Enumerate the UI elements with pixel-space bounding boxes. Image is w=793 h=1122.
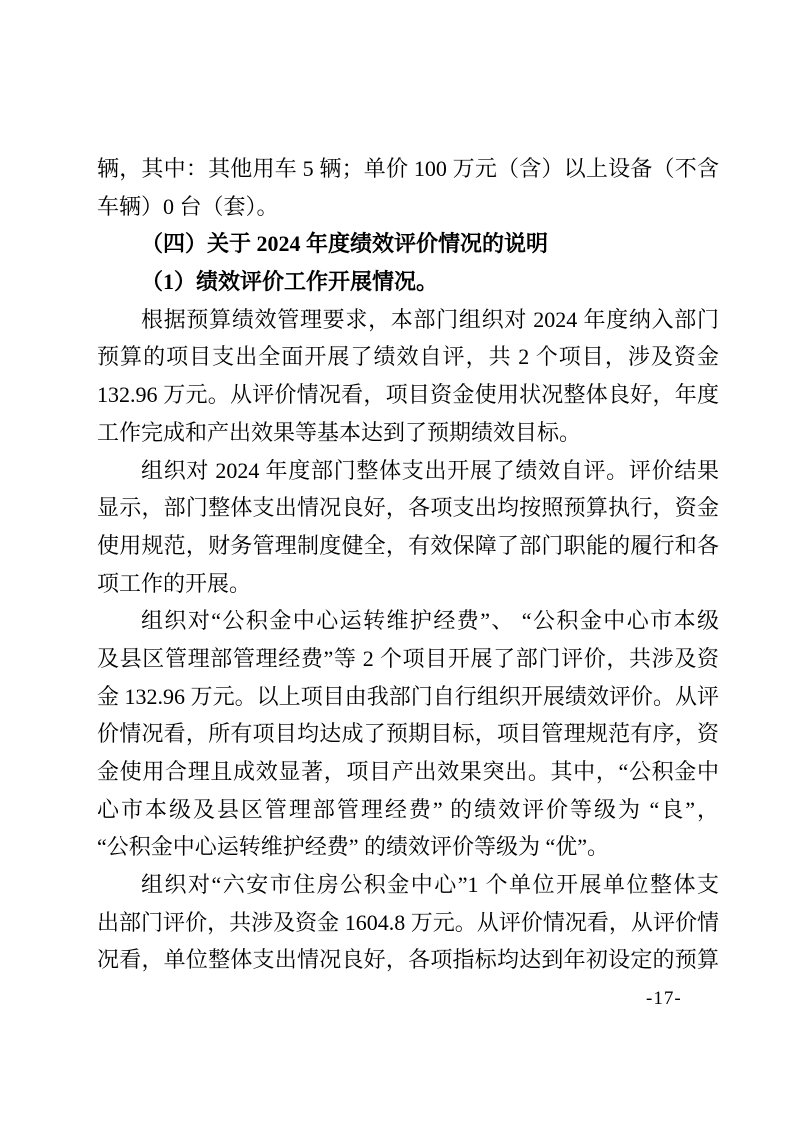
text-line: 及县区管理部管理经费”等 2 个项目开展了部门评价，共涉及资 <box>97 640 719 678</box>
text-line: 价情况看，所有项目均达成了预期目标，项目管理规范有序，资 <box>97 715 719 753</box>
paragraph: 组织对“六安市住房公积金中心”1 个单位开展单位整体支 出部门评价，共涉及资金 … <box>97 866 719 979</box>
paragraph-continuation: 辆，其中：其他用车 5 辆；单价 100 万元（含）以上设备（不含 车辆）0 台… <box>97 150 719 225</box>
text-line: 预算的项目支出全面开展了绩效自评，共 2 个项目，涉及资金 <box>97 338 719 376</box>
text-line: 工作完成和产出效果等基本达到了预期绩效目标。 <box>97 414 719 452</box>
text-line: 组织对“公积金中心运转维护经费”、 “公积金中心市本级 <box>97 602 719 640</box>
text-line: 组织对 2024 年度部门整体支出开展了绩效自评。评价结果 <box>97 452 719 490</box>
text-line: 组织对“六安市住房公积金中心”1 个单位开展单位整体支 <box>97 866 719 904</box>
text-line: 车辆）0 台（套）。 <box>97 188 719 226</box>
text-line: 根据预算绩效管理要求，本部门组织对 2024 年度纳入部门 <box>97 301 719 339</box>
text-line: 使用规范，财务管理制度健全，有效保障了部门职能的履行和各 <box>97 527 719 565</box>
text-line: 项工作的开展。 <box>97 565 719 603</box>
text-line: 出部门评价，共涉及资金 1604.8 万元。从评价情况看，从评价情 <box>97 904 719 942</box>
paragraph: 根据预算绩效管理要求，本部门组织对 2024 年度纳入部门 预算的项目支出全面开… <box>97 301 719 452</box>
subsection-heading: （1）绩效评价工作开展情况。 <box>97 263 719 301</box>
section-heading: （四）关于 2024 年度绩效评价情况的说明 <box>97 225 719 263</box>
document-page: 辆，其中：其他用车 5 辆；单价 100 万元（含）以上设备（不含 车辆）0 台… <box>0 0 793 1122</box>
text-line: “公积金中心运转维护经费” 的绩效评价等级为 “优”。 <box>97 828 719 866</box>
page-number: -17- <box>646 986 682 1012</box>
text-line: 132.96 万元。从评价情况看，项目资金使用状况整体良好，年度 <box>97 376 719 414</box>
paragraph: 组织对“公积金中心运转维护经费”、 “公积金中心市本级 及县区管理部管理经费”等… <box>97 602 719 866</box>
text-line: 心市本级及县区管理部管理经费” 的绩效评价等级为 “良”， <box>97 791 719 829</box>
text-line: 辆，其中：其他用车 5 辆；单价 100 万元（含）以上设备（不含 <box>97 150 719 188</box>
text-line: 显示，部门整体支出情况良好，各项支出均按照预算执行，资金 <box>97 489 719 527</box>
page-content: 辆，其中：其他用车 5 辆；单价 100 万元（含）以上设备（不含 车辆）0 台… <box>97 150 719 979</box>
paragraph: 组织对 2024 年度部门整体支出开展了绩效自评。评价结果 显示，部门整体支出情… <box>97 452 719 603</box>
text-line: 况看，单位整体支出情况良好，各项指标均达到年初设定的预算 <box>97 941 719 979</box>
text-line: 金使用合理且成效显著，项目产出效果突出。其中，“公积金中 <box>97 753 719 791</box>
text-line: 金 132.96 万元。以上项目由我部门自行组织开展绩效评价。从评 <box>97 678 719 716</box>
